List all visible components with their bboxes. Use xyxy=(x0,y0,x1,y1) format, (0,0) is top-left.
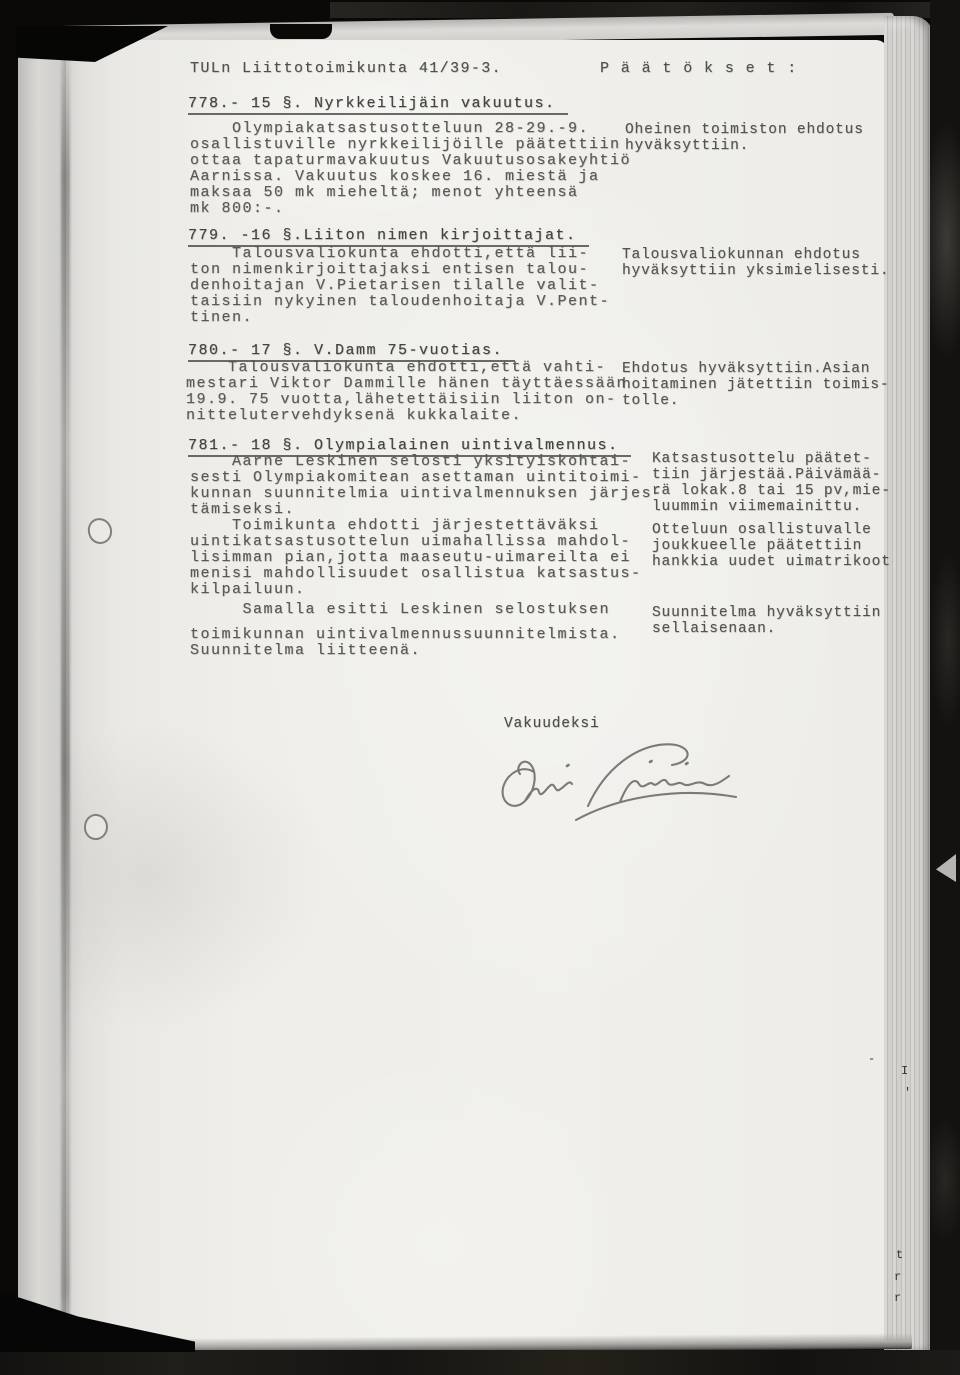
book-cover-right xyxy=(930,0,960,1375)
text-line: maksaa 50 mk mieheltä; menot yhteensä xyxy=(190,185,631,201)
text-line: Toimikunta ehdotti järjestettäväksi xyxy=(190,518,663,534)
section-781-body-closing: toimikunnan uintivalmennussuunnitelmista… xyxy=(190,627,621,659)
text-line: Aarnissa. Vakuutus koskee 16. miestä ja xyxy=(190,169,631,185)
text-line: Oheinen toimiston ehdotus xyxy=(625,122,864,138)
edge-mark: r xyxy=(894,1291,901,1305)
text-line: luummin viimemainittu. xyxy=(652,499,891,515)
section-780-decision: Ehdotus hyväksyttiin.Asianhoitaminen jät… xyxy=(622,361,889,409)
text-line: sellaisenaan. xyxy=(652,621,881,637)
book-cover-bottom xyxy=(0,1350,960,1375)
text-line: tämiseksi. xyxy=(190,502,663,518)
text-line: kilpailuun. xyxy=(190,582,663,598)
decisions-column-header: P ä ä t ö k s e t : xyxy=(600,60,798,77)
text-line: kunnan suunnitelmia uintivalmennuksen jä… xyxy=(190,486,663,502)
text-line: lisimman pian,jotta maaseutu-uimareilta … xyxy=(190,550,663,566)
text-line: hyväksyttiin. xyxy=(625,138,864,154)
text-line: Suunnitelma liitteenä. xyxy=(190,643,621,659)
text-line: uintikatsastusottelun uimahallissa mahdo… xyxy=(190,534,663,550)
text-line: mestari Viktor Dammille hänen täyttäessä… xyxy=(186,376,627,392)
document-title: TULn Liittotoimikunta 41/39-3. xyxy=(190,60,502,77)
text-line: hankkia uudet uimatrikoot xyxy=(652,554,891,570)
text-line: Aarne Leskinen selosti yksityiskohtai- xyxy=(190,454,663,470)
text-line: taisiin nykyinen taloudenhoitaja V.Pent- xyxy=(190,294,610,310)
text-line: ton nimenkirjoittajaksi entisen talou- xyxy=(190,262,610,278)
cover-shadow-blob xyxy=(270,24,332,39)
section-781-body: Aarne Leskinen selosti yksityiskohtai-se… xyxy=(190,454,663,598)
text-line: Talousvaliokunta ehdotti,että lii- xyxy=(190,246,610,262)
text-line: toimikunnan uintivalmennussuunnitelmista… xyxy=(190,627,621,643)
text-line: hoitaminen jätettiin toimis- xyxy=(622,377,889,393)
section-779-decision: Talousvaliokunnan ehdotushyväksyttiin yk… xyxy=(622,247,889,279)
text-line: hyväksyttiin yksimielisesti. xyxy=(622,263,889,279)
text-line: Katsastusottelu päätet- xyxy=(652,451,891,467)
section-778-body: Olympiakatsastusotteluun 28-29.-9.osalli… xyxy=(190,121,631,217)
page-content: TULn Liittotoimikunta 41/39-3. P ä ä t ö… xyxy=(66,40,888,1348)
handwritten-signature xyxy=(470,730,760,845)
text-line: Samalla esitti Leskinen selostuksen xyxy=(190,602,610,618)
section-781-body-continued: Samalla esitti Leskinen selostuksen xyxy=(190,602,610,618)
edge-mark: r xyxy=(894,1270,901,1284)
section-778-heading: 778.- 15 §. Nyrkkeilijäin vakuutus. xyxy=(188,96,568,115)
edge-mark: t xyxy=(896,1248,903,1262)
text-line: osallistuville nyrkkeilijöille päätettii… xyxy=(190,137,631,153)
section-778-decision: Oheinen toimiston ehdotushyväksyttiin. xyxy=(625,122,864,154)
text-line: joukkueelle päätettiin xyxy=(652,538,891,554)
text-line: Talousvaliokunnan ehdotus xyxy=(622,247,889,263)
text-line: rä lokak.8 tai 15 pv,mie- xyxy=(652,483,891,499)
scanned-meeting-minutes-page: TULn Liittotoimikunta 41/39-3. P ä ä t ö… xyxy=(0,0,960,1375)
text-line: tiin järjestää.Päivämää- xyxy=(652,467,891,483)
edge-mark: I xyxy=(901,1064,908,1078)
text-line: Otteluun osallistuvalle xyxy=(652,522,891,538)
edge-mark: - xyxy=(868,1052,875,1066)
text-line: mk 800:-. xyxy=(190,201,631,217)
section-781-decision: Katsastusottelu päätet-tiin järjestää.Pä… xyxy=(652,451,891,515)
section-781-decision-2: Otteluun osallistuvallejoukkueelle pääte… xyxy=(652,522,891,570)
text-line: tolle. xyxy=(622,393,889,409)
page-stack-fore-edge xyxy=(884,16,934,1352)
text-line: Ehdotus hyväksyttiin.Asian xyxy=(622,361,889,377)
section-779-body: Talousvaliokunta ehdotti,että lii-ton ni… xyxy=(190,246,610,326)
section-780-body: Talousvaliokunta ehdotti,että vahti-mest… xyxy=(186,360,627,424)
text-line: ottaa tapaturmavakuutus Vakuutusosakeyht… xyxy=(190,153,631,169)
edge-mark: ' xyxy=(904,1086,911,1100)
text-line: sesti Olympiakomitean asettaman uintitoi… xyxy=(190,470,663,486)
text-line: 19.9. 75 vuotta,lähetettäisiin liiton on… xyxy=(186,392,627,408)
text-line: menisi mahdollisuudet osallistua katsast… xyxy=(190,566,663,582)
text-line: Olympiakatsastusotteluun 28-29.-9. xyxy=(190,121,631,137)
text-line: Talousvaliokunta ehdotti,että vahti- xyxy=(186,360,627,376)
text-line: nittelutervehdyksenä kukkalaite. xyxy=(186,408,627,424)
text-line: denhoitajan V.Pietarisen tilalle valit- xyxy=(190,278,610,294)
text-line: Suunnitelma hyväksyttiin xyxy=(652,605,881,621)
text-line: tinen. xyxy=(190,310,610,326)
section-781-decision-3: Suunnitelma hyväksyttiinsellaisenaan. xyxy=(652,605,881,637)
